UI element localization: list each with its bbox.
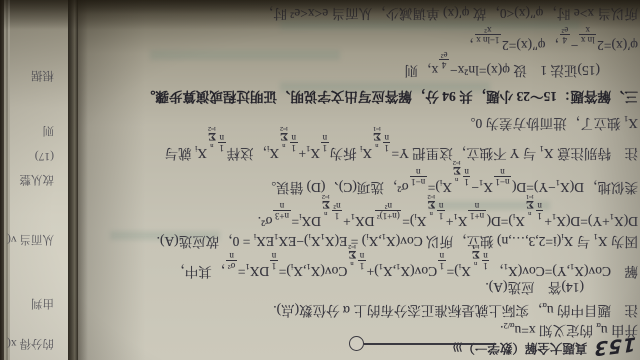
photo-vignette <box>0 0 640 360</box>
upside-down-book-scene: 153真题大全解（数学一）⟩⟩⟩ 并由 uα 的定义知 x=uα/2.注 题目中… <box>0 0 640 360</box>
book-photo-frame: 153真题大全解（数学一）⟩⟩⟩ 并由 uα 的定义知 x=uα/2.注 题目中… <box>0 0 640 360</box>
